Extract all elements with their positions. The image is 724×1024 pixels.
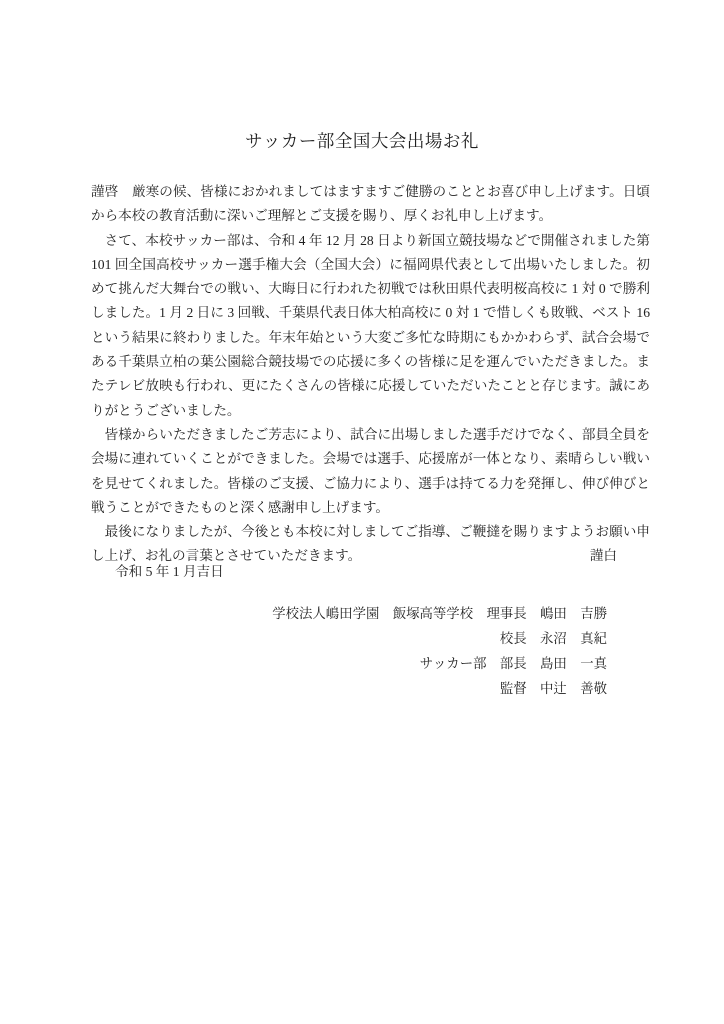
paragraph-closing-text: 最後になりましたが、今後とも本校に対しましてご指導、ご鞭撻を賜りますようお願い申… [91, 524, 650, 563]
signature-line-coach: 監督 中辻 善敬 [272, 677, 607, 702]
letter-page: サッカー部全国大会出場お礼 謹啓 厳寒の候、皆様におかれましてはますますご健勝の… [0, 0, 724, 1024]
signature-line-club-head: サッカー部 部長 島田 一真 [272, 652, 607, 677]
letter-title: サッカー部全国大会出場お礼 [0, 131, 724, 152]
letter-body: 謹啓 厳寒の候、皆様におかれましてはますますご健勝のこととお喜び申し上げます。日… [91, 180, 650, 569]
signature-line-principal: 校長 永沼 真紀 [272, 627, 607, 652]
paragraph-tournament-report: さて、本校サッカー部は、令和 4 年 12 月 28 日より新国立競技場などで開… [91, 229, 650, 423]
signature-line-chairman: 学校法人嶋田学園 飯塚高等学校 理事長 嶋田 吉勝 [272, 602, 607, 627]
signature-block: 学校法人嶋田学園 飯塚高等学校 理事長 嶋田 吉勝 校長 永沼 真紀 サッカー部… [272, 602, 607, 702]
paragraph-gratitude: 皆様からいただきましたご芳志により、試合に出場しました選手だけでなく、部員全員を… [91, 423, 650, 520]
paragraph-opening-greeting: 謹啓 厳寒の候、皆様におかれましてはますますご健勝のこととお喜び申し上げます。日… [91, 180, 650, 229]
closing-salutation: 謹白 [590, 544, 617, 568]
date-line: 令和 5 年 1 月吉日 [115, 560, 224, 584]
